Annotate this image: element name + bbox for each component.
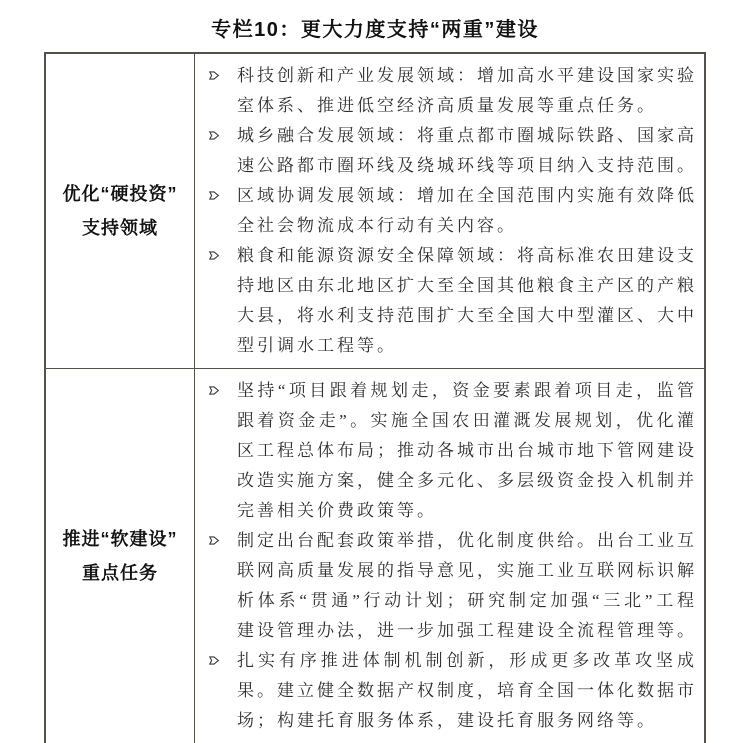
row-content-cell: 科技创新和产业发展领域：增加高水平建设国家实验室体系、推进低空经济高质量发展等重… bbox=[195, 54, 704, 368]
list-item: 扎实有序推进体制机制创新，形成更多改革攻坚成果。建立健全数据产权制度，培育全国一… bbox=[207, 646, 697, 736]
arrow-bullet-icon bbox=[207, 241, 237, 267]
list-item-text: 城乡融合发展领域：将重点都市圈城际铁路、国家高速公路都市圈环线及绕城环线等项目纳… bbox=[237, 121, 697, 181]
list-item: 制定出台配套政策举措，优化制度供给。出台工业互联网高质量发展的指导意见，实施工业… bbox=[207, 526, 697, 646]
document-page: 专栏10：更大力度支持“两重”建设 优化“硬投资” 支持领域 科技创新和产业发展… bbox=[0, 0, 750, 743]
row-header-cell: 推进“软建设” 重点任务 bbox=[46, 369, 195, 743]
arrow-bullet-icon bbox=[207, 526, 237, 552]
arrow-bullet-icon bbox=[207, 121, 237, 147]
list-item-text: 扎实有序推进体制机制创新，形成更多改革攻坚成果。建立健全数据产权制度，培育全国一… bbox=[237, 646, 697, 736]
list-item-text: 坚持“项目跟着规划走，资金要素跟着项目走，监管跟着资金走”。实施全国农田灌溉发展… bbox=[237, 376, 697, 526]
list-item: 科技创新和产业发展领域：增加高水平建设国家实验室体系、推进低空经济高质量发展等重… bbox=[207, 61, 697, 121]
arrow-bullet-icon bbox=[207, 61, 237, 87]
page-title: 专栏10：更大力度支持“两重”建设 bbox=[0, 0, 750, 42]
list-item: 城乡融合发展领域：将重点都市圈城际铁路、国家高速公路都市圈环线及绕城环线等项目纳… bbox=[207, 121, 697, 181]
list-item: 区域协调发展领域：增加在全国范围内实施有效降低全社会物流成本行动有关内容。 bbox=[207, 181, 697, 241]
list-item-text: 区域协调发展领域：增加在全国范围内实施有效降低全社会物流成本行动有关内容。 bbox=[237, 181, 697, 241]
list-item-text: 制定出台配套政策举措，优化制度供给。出台工业互联网高质量发展的指导意见，实施工业… bbox=[237, 526, 697, 646]
list-item-text: 粮食和能源资源安全保障领域：将高标准农田建设支持地区由东北地区扩大至全国其他粮食… bbox=[237, 241, 697, 361]
list-item: 坚持“项目跟着规划走，资金要素跟着项目走，监管跟着资金走”。实施全国农田灌溉发展… bbox=[207, 376, 697, 526]
row-header-cell: 优化“硬投资” 支持领域 bbox=[46, 54, 195, 368]
arrow-bullet-icon bbox=[207, 376, 237, 402]
row-content-cell: 坚持“项目跟着规划走，资金要素跟着项目走，监管跟着资金走”。实施全国农田灌溉发展… bbox=[195, 369, 704, 743]
arrow-bullet-icon bbox=[207, 181, 237, 207]
row-header-line: 重点任务 bbox=[82, 556, 158, 590]
list-item: 粮食和能源资源安全保障领域：将高标准农田建设支持地区由东北地区扩大至全国其他粮食… bbox=[207, 241, 697, 361]
row-header-line: 推进“软建设” bbox=[63, 522, 178, 556]
arrow-bullet-icon bbox=[207, 646, 237, 672]
table-row: 推进“软建设” 重点任务 坚持“项目跟着规划走，资金要素跟着项目走，监管跟着资金… bbox=[46, 368, 704, 743]
row-header-line: 优化“硬投资” bbox=[63, 177, 178, 211]
row-header-line: 支持领域 bbox=[82, 211, 158, 245]
table-row: 优化“硬投资” 支持领域 科技创新和产业发展领域：增加高水平建设国家实验室体系、… bbox=[46, 54, 704, 368]
list-item-text: 科技创新和产业发展领域：增加高水平建设国家实验室体系、推进低空经济高质量发展等重… bbox=[237, 61, 697, 121]
column-box-table: 优化“硬投资” 支持领域 科技创新和产业发展领域：增加高水平建设国家实验室体系、… bbox=[44, 52, 706, 743]
